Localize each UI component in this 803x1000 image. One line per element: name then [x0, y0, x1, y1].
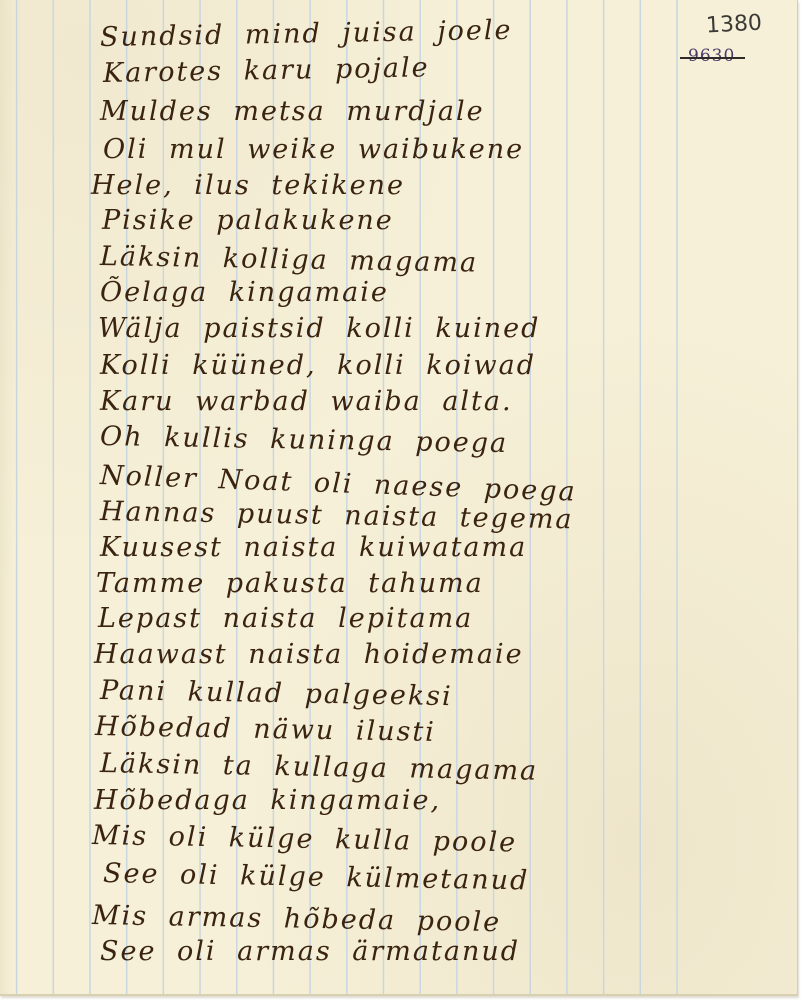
poem-line: Hõbedaga kingamaie,: [94, 785, 441, 816]
poem-line: Karu warbad waiba alta.: [100, 386, 513, 417]
poem-line: Muldes metsa murdjale: [100, 96, 485, 127]
poem-line: Läksin kolliga magama: [100, 241, 479, 279]
poem-line: Tamme pakusta tahuma: [96, 568, 484, 599]
poem-line: Karotes karu pojale: [103, 52, 430, 89]
archive-number: 1380: [705, 11, 762, 39]
poem-line: Õelaga kingamaie: [100, 277, 389, 308]
poem-line: Oli mul weike waibukene: [103, 134, 524, 165]
manuscript-page: 1380 9630 Sundsid mind juisa joeleKarote…: [0, 0, 798, 996]
struck-old-number: 9630: [688, 46, 735, 66]
poem-line: Hele, ilus tekikene: [91, 170, 405, 201]
poem-line: Pani kullad palgeeksi: [100, 675, 453, 712]
poem-line: Haawast naista hoidemaie: [94, 639, 524, 670]
poem-line: Hõbedad näwu ilusti: [95, 711, 436, 748]
poem-line: Wälja paistsid kolli kuined: [98, 313, 540, 344]
poem-line: Kolli küüned, kolli koiwad: [100, 350, 536, 381]
poem-line: Kuusest naista kuiwatama: [100, 532, 527, 563]
poem-line: Lepast naista lepitama: [98, 603, 473, 634]
poem-line: Pisike palakukene: [102, 205, 394, 236]
poem-line: See oli armas ärmatanud: [100, 936, 520, 967]
